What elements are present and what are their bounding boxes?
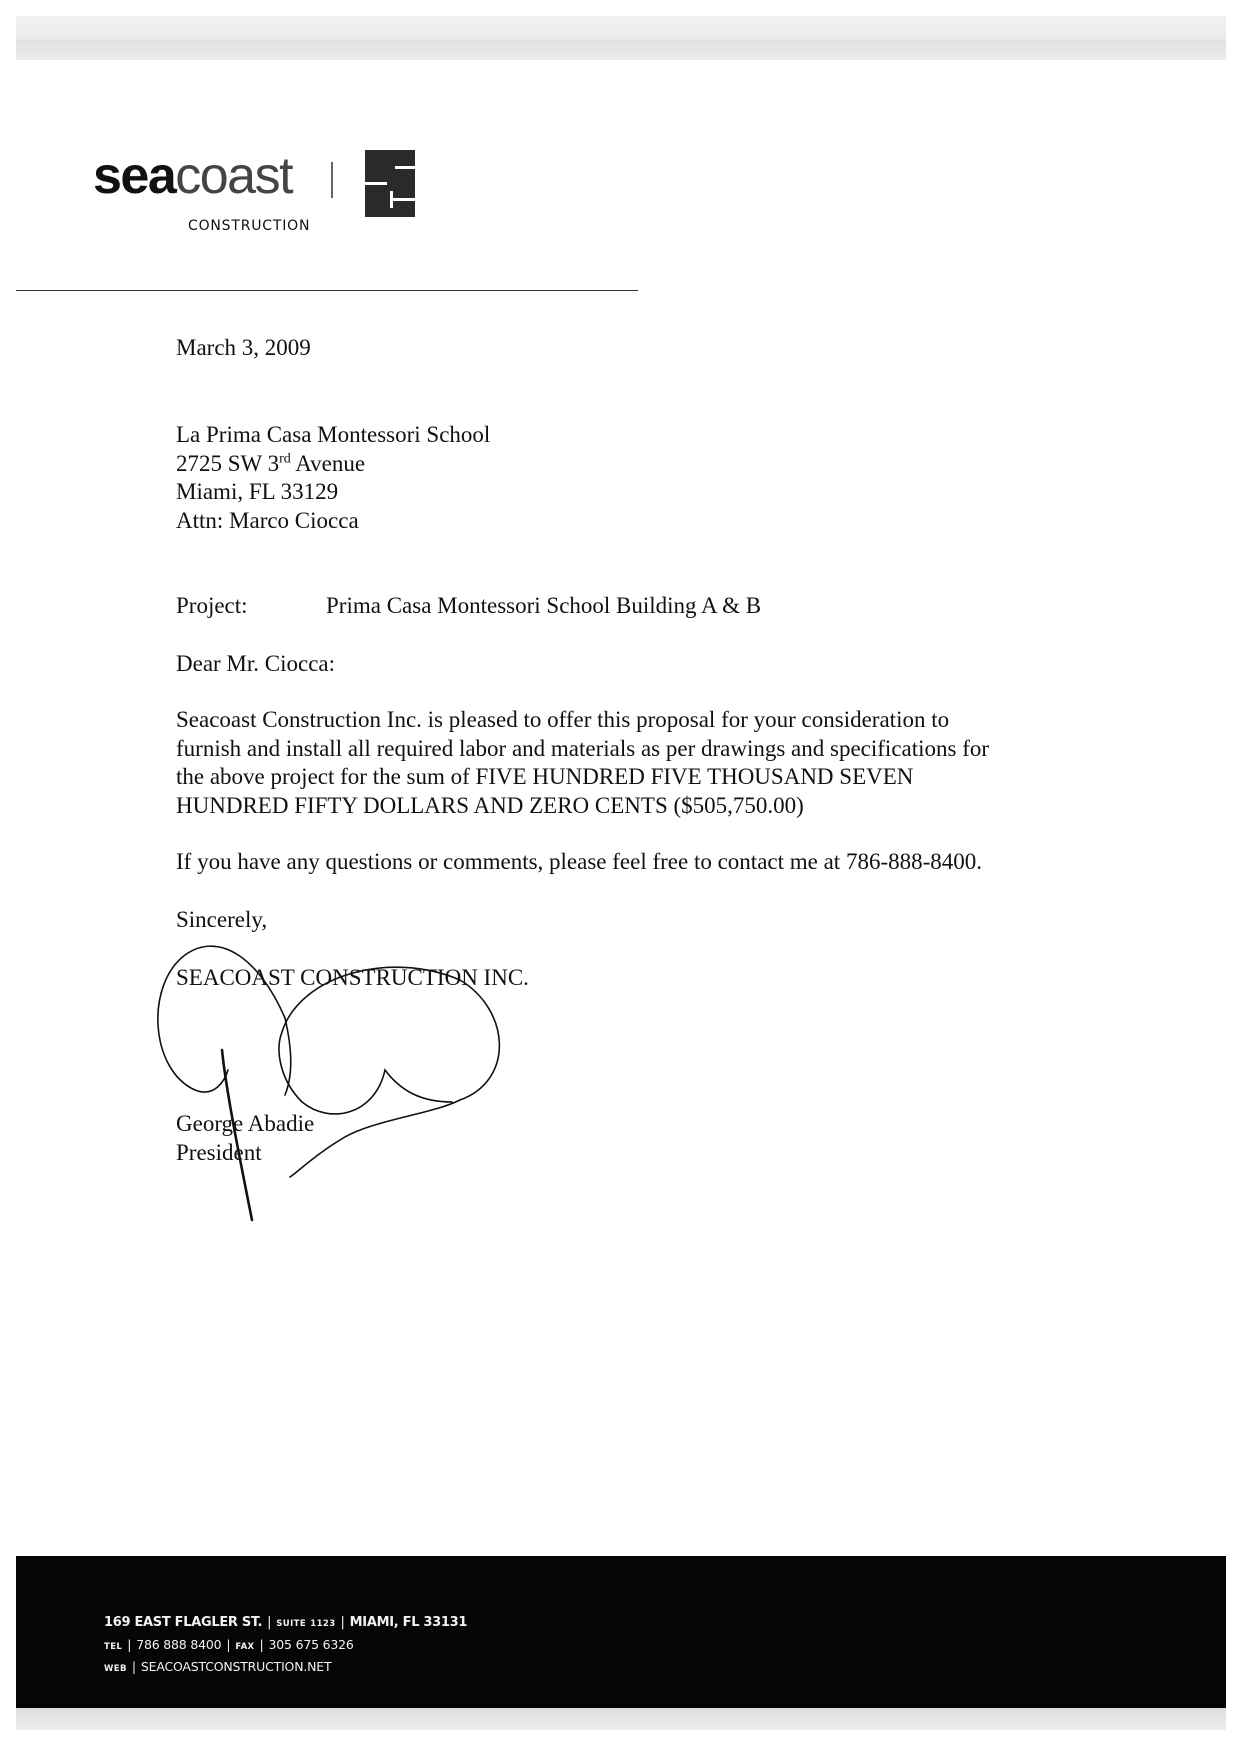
logo-mark-icon	[365, 150, 415, 217]
signer-title: President	[176, 1139, 314, 1168]
body-paragraph: Seacoast Construction Inc. is pleased to…	[176, 706, 1106, 820]
footer-web-line: WEB|SEACOASTCONSTRUCTION.NET	[104, 1657, 467, 1679]
logo-subtitle: CONSTRUCTION	[188, 218, 310, 234]
body-line: furnish and install all required labor a…	[176, 735, 1106, 764]
recipient-address: La Prima Casa Montessori School 2725 SW …	[176, 421, 490, 535]
project-line: Project:Prima Casa Montessori School Bui…	[176, 592, 761, 621]
body-line: HUNDRED FIFTY DOLLARS AND ZERO CENTS ($5…	[176, 792, 1106, 821]
body-line: Seacoast Construction Inc. is pleased to…	[176, 706, 1106, 735]
footer-fax: 305 675 6326	[269, 1637, 354, 1652]
signer-name: George Abadie	[176, 1110, 314, 1139]
signer-block: George Abadie President	[176, 1110, 314, 1167]
footer-web: SEACOASTCONSTRUCTION.NET	[141, 1659, 332, 1674]
footer-web-label: WEB	[104, 1664, 127, 1674]
footer-street: 169 EAST FLAGLER ST.	[104, 1615, 262, 1630]
closing: Sincerely,	[176, 906, 267, 935]
contact-line: If you have any questions or comments, p…	[176, 848, 982, 877]
recipient-street: 2725 SW 3rd Avenue	[176, 450, 490, 479]
footer-tel: 786 888 8400	[136, 1637, 221, 1652]
footer-tel-label: TEL	[104, 1642, 122, 1652]
footer-fax-label: FAX	[235, 1642, 254, 1652]
recipient-name: La Prima Casa Montessori School	[176, 421, 490, 450]
header-divider	[16, 290, 638, 291]
project-value: Prima Casa Montessori School Building A …	[326, 593, 761, 618]
scan-artifact-bottom	[16, 1708, 1226, 1730]
logo-wordmark-light: coast	[175, 147, 292, 205]
project-label: Project:	[176, 592, 326, 621]
recipient-city: Miami, FL 33129	[176, 478, 490, 507]
letter-date: March 3, 2009	[176, 334, 311, 363]
logo-wordmark-bold: sea	[93, 147, 175, 205]
footer-suite-label: SUITE	[276, 1619, 306, 1629]
body-line: the above project for the sum of FIVE HU…	[176, 763, 1106, 792]
footer-address-line: 169 EAST FLAGLER ST.|SUITE 1123|MIAMI, F…	[104, 1612, 467, 1635]
salutation: Dear Mr. Ciocca:	[176, 650, 335, 679]
footer-contact-block: 169 EAST FLAGLER ST.|SUITE 1123|MIAMI, F…	[104, 1612, 467, 1679]
company-signature-line: SEACOAST CONSTRUCTION INC.	[176, 964, 529, 993]
logo-divider	[331, 162, 333, 198]
footer-phone-line: TEL|786 888 8400|FAX|305 675 6326	[104, 1635, 467, 1657]
scan-artifact-top	[16, 16, 1226, 60]
recipient-attn: Attn: Marco Ciocca	[176, 507, 490, 536]
letterhead-footer: 169 EAST FLAGLER ST.|SUITE 1123|MIAMI, F…	[16, 1556, 1226, 1708]
footer-city: MIAMI, FL 33131	[350, 1615, 468, 1630]
footer-suite-number: 1123	[310, 1619, 335, 1629]
logo-wordmark: seacoast	[93, 150, 292, 202]
